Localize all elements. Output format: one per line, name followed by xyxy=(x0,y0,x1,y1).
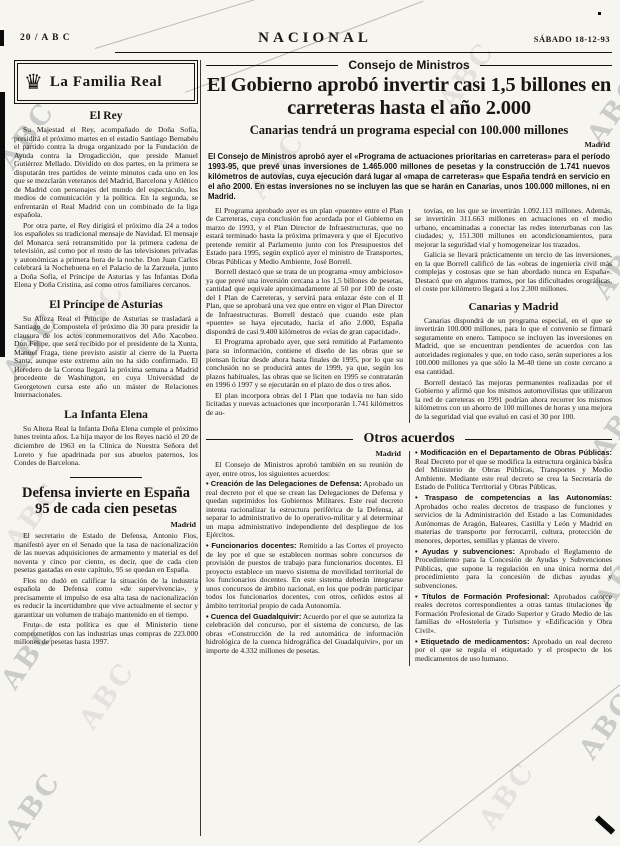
article-columns: El Programa aprobado ayer es un plan «pu… xyxy=(206,207,612,423)
paragraph: Por otra parte, el Rey dirigirá el próxi… xyxy=(14,222,198,290)
list-item: • Funcionarios docentes: Remitido a las … xyxy=(206,542,403,610)
bullet-text: Aprobados ocho reales decretos de traspa… xyxy=(415,502,612,545)
abc-watermark: ABC xyxy=(573,686,620,765)
sidebar-familia-real: ♛ La Familia Real El Rey Su Majestad el … xyxy=(14,60,198,649)
paragraph: Galicia se llevará prácticamente un terc… xyxy=(415,251,612,294)
otros-acuerdos-title: Otros acuerdos xyxy=(363,431,454,447)
bullet-text: Real Decreto por el que se modifica la e… xyxy=(415,457,612,492)
list-item: • Cuenca del Guadalquivir: Acuerdo por e… xyxy=(206,613,403,656)
paragraph: Su Alteza Real la Infanta Doña Elena cum… xyxy=(14,425,198,468)
familia-real-box: ♛ La Familia Real xyxy=(17,63,195,101)
section-heading-infanta: La Infanta Elena xyxy=(14,409,198,421)
otros-rule-left xyxy=(206,439,353,440)
column-divider xyxy=(409,451,410,666)
paragraph: Borrell destacó que se trata de un progr… xyxy=(206,268,403,336)
article-column-left: El Programa aprobado ayer es un plan «pu… xyxy=(206,207,403,423)
scan-edge-artifact xyxy=(598,12,601,15)
list-item: • Traspaso de competencias a las Autonom… xyxy=(415,494,612,545)
otros-rule-right xyxy=(465,439,612,440)
page-date: SÁBADO 18-12-93 xyxy=(534,34,610,44)
list-item: • Ayudas y subvenciones: Aprobado el Reg… xyxy=(415,548,612,591)
scan-edge-artifact xyxy=(0,92,5,357)
header-rule xyxy=(115,52,612,53)
column-divider xyxy=(409,209,410,423)
list-item: • Creación de las Delegaciones de Defens… xyxy=(206,480,403,540)
article-column-right: tovías, en los que se invertirán 1.092.1… xyxy=(415,207,612,423)
dateline: Madrid xyxy=(208,449,401,458)
paragraph: Flos no dudó en calificar la situación d… xyxy=(14,577,198,620)
bullet-text: Aprobado un real decreto por el que se c… xyxy=(206,479,403,539)
subsection-heading: Canarias y Madrid xyxy=(415,301,612,313)
bullet-text: Remitido a las Cortes el proyecto de ley… xyxy=(206,541,403,610)
abc-watermark: ABC xyxy=(473,756,541,835)
paragraph: El secretario de Estado de Defensa, Anto… xyxy=(14,532,198,575)
dateline: Madrid xyxy=(208,140,610,149)
page-header: 20 / A B C NACIONAL SÁBADO 18-12-93 xyxy=(18,30,612,50)
kicker-text: Consejo de Ministros xyxy=(348,58,469,72)
familia-real-title: La Familia Real xyxy=(50,74,162,91)
newspaper-page: ABC ABC ABC ABC ABC ABC ABC ABC ABC ABC … xyxy=(0,0,620,846)
paragraph: Su Majestad el Rey, acompañado de Doña S… xyxy=(14,126,198,220)
dateline: Madrid xyxy=(16,520,196,529)
paragraph: Su Alteza Real el Príncipe de Asturias s… xyxy=(14,315,198,400)
otros-column-right: • Modificación en el Departamento de Obr… xyxy=(415,449,612,666)
otros-acuerdos-header: Otros acuerdos xyxy=(206,431,612,447)
defensa-headline: Defensa invierte en España 95 de cada ci… xyxy=(14,485,198,517)
paragraph: tovías, en los que se invertirán 1.092.1… xyxy=(415,207,612,250)
lead-paragraph: El Consejo de Ministros aprobó ayer el «… xyxy=(208,152,610,202)
article-divider xyxy=(70,477,142,478)
column-divider xyxy=(200,60,201,836)
section-heading-rey: El Rey xyxy=(14,110,198,122)
kicker-rule-right xyxy=(480,65,612,66)
paragraph: El Programa aprobado ayer es un plan «pu… xyxy=(206,207,403,267)
paragraph: Canarias dispondrá de un programa especi… xyxy=(415,317,612,377)
abc-watermark: ABC xyxy=(0,766,68,845)
paragraph: El plan incorpora obras del I Plan que t… xyxy=(206,392,403,418)
otros-columns: Madrid El Consejo de Ministros aprobó ta… xyxy=(206,449,612,666)
list-item: • Modificación en el Departamento de Obr… xyxy=(415,449,612,492)
main-headline: El Gobierno aprobó invertir casi 1,5 bil… xyxy=(206,74,612,120)
kicker-rule-left xyxy=(206,65,338,66)
paragraph: El Consejo de Ministros aprobó también e… xyxy=(206,461,403,478)
scan-edge-artifact xyxy=(0,30,4,46)
scan-scratch xyxy=(418,683,620,843)
list-item: • Títulos de Formación Profesional: Apro… xyxy=(415,593,612,636)
paragraph: Fruto de esta política es que el Ministe… xyxy=(14,621,198,647)
paragraph: Borrell destacó las mejoras permanentes … xyxy=(415,379,612,422)
paragraph: El Programa aprobado ayer, que será remi… xyxy=(206,338,403,389)
main-article: Consejo de Ministros El Gobierno aprobó … xyxy=(206,58,612,666)
otros-column-left: Madrid El Consejo de Ministros aprobó ta… xyxy=(206,449,403,666)
section-heading-principe: El Príncipe de Asturias xyxy=(14,299,198,311)
kicker: Consejo de Ministros xyxy=(206,58,612,72)
abc-watermark: ABC xyxy=(73,656,141,735)
royal-crest-icon: ♛ xyxy=(24,72,43,93)
scan-edge-artifact xyxy=(595,815,615,834)
section-title: NACIONAL xyxy=(18,30,612,47)
list-item: • Etiquetado de medicamentos: Aprobado u… xyxy=(415,638,612,664)
main-subhead: Canarias tendrá un programa especial con… xyxy=(206,123,612,138)
